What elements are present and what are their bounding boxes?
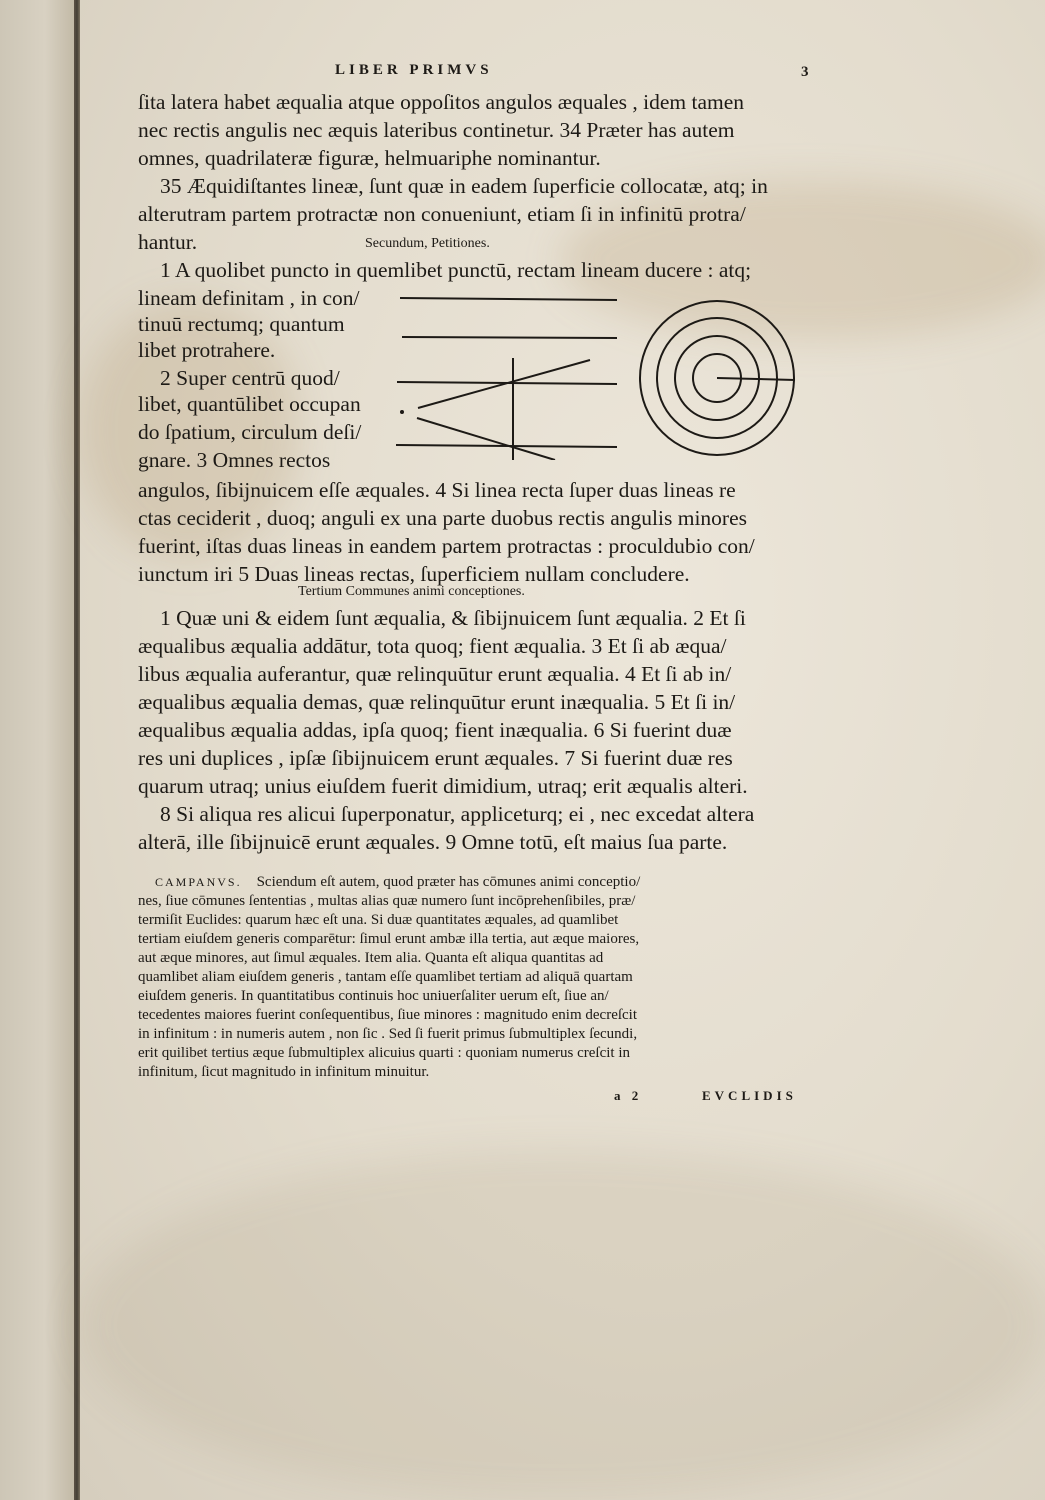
text-line: æqualibus æqualia addas, ipſa quoq; fien… xyxy=(138,716,732,744)
commentary-line: erit quilibet tertius æque ſubmultiplex … xyxy=(138,1044,630,1063)
text-line: 2 Super centrū quod/ xyxy=(160,364,340,392)
commentary-line: quamlibet aliam eiuſdem generis , tantam… xyxy=(138,968,633,987)
text-line: 1 Quæ uni & eidem ſunt æqualia, & ſibijn… xyxy=(160,604,746,632)
text-line: libet protrahere. xyxy=(138,336,275,364)
text-line: quarum utraq; unius eiuſdem fuerit dimid… xyxy=(138,772,748,800)
text-line: fuerint, iſtas duas lineas in eandem par… xyxy=(138,532,755,560)
section-heading-petitions: Secundum, Petitiones. xyxy=(365,236,490,252)
commentary-line: nes, ſiue cōmunes ſententias , multas al… xyxy=(138,892,635,911)
commentary-line: aut æque minores, aut ſimul æquales. Ite… xyxy=(138,949,603,968)
left-page-edge xyxy=(0,0,75,1500)
text-line: ſita latera habet æqualia atque oppoſito… xyxy=(138,88,744,116)
text-line: omnes, quadrilateræ figuræ, helmuariphe … xyxy=(138,144,601,172)
concentric-circles-diagram xyxy=(632,292,802,462)
commentary-line: termiſit Euclides: quarum hæc eſt una. S… xyxy=(138,911,618,930)
commentary-line: infinitum, ſicut magnitudo in infinitum … xyxy=(138,1063,429,1082)
text-line: 8 Si aliqua res alicui ſuperponatur, app… xyxy=(160,800,754,828)
text-line: do ſpatium, circulum deſi/ xyxy=(138,418,361,446)
lines-diagram xyxy=(395,285,625,460)
commentary-line: tecedentes maiores fuerint conſequentibu… xyxy=(138,1006,637,1025)
catchword: EVCLIDIS xyxy=(702,1088,797,1104)
commentary-line: tertiam eiuſdem generis comparētur: ſimu… xyxy=(138,930,639,949)
text-line: æqualibus æqualia demas, quæ relinquūtur… xyxy=(138,688,735,716)
running-head: LIBER PRIMVS xyxy=(335,62,493,79)
commentary-line: CAMPANVS. Sciendum eſt autem, quod præte… xyxy=(155,873,640,892)
text-line: res uni duplices , ipſæ ſibijnuicem erun… xyxy=(138,744,733,772)
commentary-line: eiuſdem generis. In quantitatibus contin… xyxy=(138,987,609,1006)
text-line: ctas ceciderit , duoq; anguli ex una par… xyxy=(138,504,747,532)
page-number: 3 xyxy=(801,64,809,81)
text-line: angulos, ſibijnuicem eſſe æquales. 4 Si … xyxy=(138,476,736,504)
text-line: tinuū rectumq; quantum xyxy=(138,310,345,338)
text-line: libus æqualia auferantur, quæ relinquūtu… xyxy=(138,660,731,688)
commentary-label: CAMPANVS. xyxy=(155,875,242,889)
text-line: lineam definitam , in con/ xyxy=(138,284,360,312)
text-line: libet, quantūlibet occupan xyxy=(138,390,361,418)
text-line: gnare. 3 Omnes rectos xyxy=(138,446,330,474)
signature-mark: a 2 xyxy=(614,1088,642,1104)
text-line: hantur. xyxy=(138,228,197,256)
text-line: nec rectis angulis nec æquis lateribus c… xyxy=(138,116,734,144)
text-line: æqualibus æqualia addātur, tota quoq; fi… xyxy=(138,632,727,660)
text-line: 1 A quolibet puncto in quemlibet punctū,… xyxy=(160,256,751,284)
text-line: alterā, ille ſibijnuicē erunt æquales. 9… xyxy=(138,828,727,856)
text-line: 35 Æquidiſtantes lineæ, ſunt quæ in eade… xyxy=(160,172,768,200)
water-stain xyxy=(80,1150,1045,1500)
section-heading-common-notions: Tertium Communes animi conceptiones. xyxy=(298,584,525,600)
commentary-line: in infinitum : in numeris autem , non ſi… xyxy=(138,1025,637,1044)
text-line: alterutram partem protractæ non conueniu… xyxy=(138,200,746,228)
